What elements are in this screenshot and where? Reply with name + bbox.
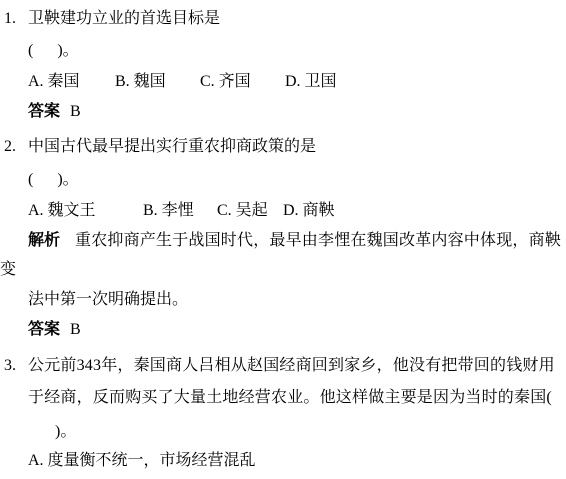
question-2-option-b: B. 李悝 — [143, 200, 194, 222]
question-1-paren-line: ( )。 — [0, 40, 566, 62]
question-1-number: 1. — [4, 8, 16, 30]
question-2-option-a: A. 魏文王 — [28, 200, 96, 222]
question-2-analysis-wrap-char: 变 — [0, 259, 16, 281]
question-1-answer-value: B — [70, 101, 81, 123]
question-2-option-d: D. 商鞅 — [283, 200, 335, 222]
question-3-stem-text-2: 于经商，反而购买了大量土地经营农业。他这样做主要是因为当时的秦国( — [28, 387, 552, 409]
question-3-stem-line-3: )。 — [0, 421, 566, 443]
question-2-paren-line: ( )。 — [0, 169, 566, 191]
question-1-paren: ( )。 — [28, 40, 79, 62]
question-2-paren: ( )。 — [28, 169, 79, 191]
analysis-label: 解析 — [28, 230, 60, 252]
question-2-analysis-line-2: 法中第一次明确提出。 — [0, 289, 566, 311]
exam-document-page: 1. 卫鞅建功立业的首选目标是 ( )。 A. 秦国 B. 魏国 C. 齐国 D… — [0, 0, 566, 479]
question-1-option-c: C. 齐国 — [200, 71, 251, 93]
question-3-stem-text-1: 公元前343年，秦国商人吕相从赵国经商回到家乡，他没有把带回的钱财用 — [28, 355, 555, 377]
question-2-analysis-text-1: 重农抑商产生于战国时代，最早由李悝在魏国改革内容中体现，商鞅 — [75, 230, 561, 252]
question-1-option-d: D. 卫国 — [285, 71, 337, 93]
question-2-options-line: A. 魏文王 B. 李悝 C. 吴起 D. 商鞅 — [0, 200, 566, 222]
question-2-number: 2. — [4, 136, 16, 158]
question-1-option-b: B. 魏国 — [115, 71, 166, 93]
question-3-number: 3. — [4, 355, 16, 377]
question-3-paren-close: )。 — [55, 421, 76, 443]
question-1-options-line: A. 秦国 B. 魏国 C. 齐国 D. 卫国 — [0, 71, 566, 93]
question-1-option-a: A. 秦国 — [28, 71, 80, 93]
question-2-analysis-text-2: 法中第一次明确提出。 — [28, 289, 188, 311]
question-2-answer-line: 答案 B — [0, 319, 566, 341]
answer-label: 答案 — [28, 101, 60, 123]
question-3-option-line: A. 度量衡不统一，市场经营混乱 — [0, 450, 566, 472]
question-2-option-c: C. 吴起 — [217, 200, 268, 222]
question-1-stem-line: 1. 卫鞅建功立业的首选目标是 — [0, 8, 566, 30]
answer-label: 答案 — [28, 319, 60, 341]
question-3-stem-line-1: 3. 公元前343年，秦国商人吕相从赵国经商回到家乡，他没有把带回的钱财用 — [0, 355, 566, 377]
question-2-analysis-wrap-line: 变 — [0, 259, 566, 281]
question-3-stem-line-2: 于经商，反而购买了大量土地经营农业。他这样做主要是因为当时的秦国( — [0, 387, 566, 409]
question-2-stem-line: 2. 中国古代最早提出实行重农抑商政策的是 — [0, 136, 566, 158]
question-1-stem: 卫鞅建功立业的首选目标是 — [28, 8, 220, 30]
question-2-answer-value: B — [70, 319, 81, 341]
question-3-option-a: A. 度量衡不统一，市场经营混乱 — [28, 450, 256, 472]
question-2-stem: 中国古代最早提出实行重农抑商政策的是 — [28, 136, 316, 158]
question-1-answer-line: 答案 B — [0, 101, 566, 123]
question-2-analysis-line-1: 解析 重农抑商产生于战国时代，最早由李悝在魏国改革内容中体现，商鞅 — [0, 230, 566, 252]
